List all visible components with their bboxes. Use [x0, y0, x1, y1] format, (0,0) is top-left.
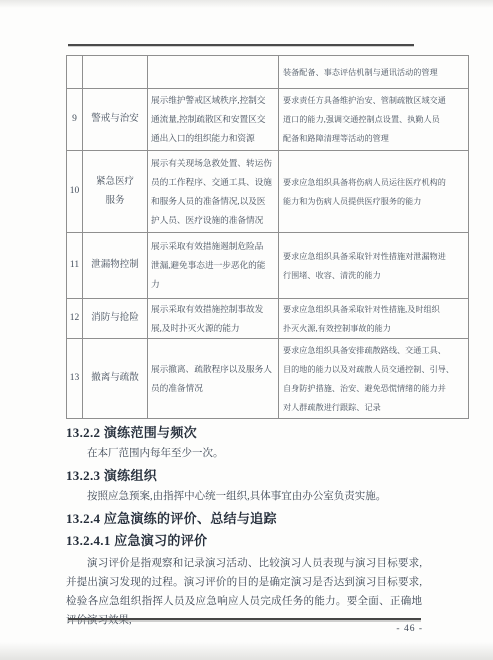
table-row: 13 撤离与疏散 展示撤离、疏散程序以及服务人 员的准备情况 要求应急组织具备安… — [67, 339, 469, 419]
item-name-cell: 撤离与疏散 — [83, 339, 148, 419]
row-number-cell: 13 — [67, 339, 83, 419]
table-row: 12 消防与抢险 展示采取有效措施控制事故发 展,及时扑灭火源的能力 要求应急组… — [67, 299, 469, 339]
row-number-cell: 9 — [67, 89, 83, 151]
requirement-cell: 要求应急组织具备采取针对性措施,及时组织 扑灭火源,有效控制事故的能力 — [279, 299, 469, 339]
scan-top-shade — [0, 0, 493, 8]
demonstration-cell: 展示采取有效措施遏制危险品 泄漏,避免事态进一步恶化的能 力 — [148, 233, 279, 299]
heading-13-2-4-1: 13.2.4.1 应急演习的评价 — [66, 532, 422, 549]
table-row: 9 警戒与治安 展示维护警戒区域秩序,控制交 通流量,控制疏散区和安置区交 通出… — [67, 89, 469, 151]
heading-13-2-3: 13.2.3 演练组织 — [66, 467, 422, 484]
item-name-cell: 泄漏物控制 — [83, 233, 148, 299]
drill-evaluation-table: 装备配备、事态评估机制与通讯活动的管理 9 警戒与治安 展示维护警戒区域秩序,控… — [66, 55, 469, 419]
requirement-cell: 要求应急组织具备将伤病人员运往医疗机构的 能力和为伤病人员提供医疗服务的能力 — [279, 151, 469, 233]
demonstration-cell: 展示维护警戒区域秩序,控制交 通流量,控制疏散区和安置区交 通出入口的组织能力和… — [148, 89, 279, 151]
paragraph-13-2-2: 在本厂范围内每年至少一次。 — [66, 446, 422, 461]
item-name-cell: 警戒与治安 — [83, 89, 148, 151]
heading-13-2-4: 13.2.4 应急演练的评价、总结与追踪 — [66, 510, 422, 527]
row-number-cell: 10 — [67, 151, 83, 233]
row-number-cell: 12 — [67, 299, 83, 339]
table-row: 10 紧急医疗 服务 展示有关现场急救处置、转运伤 员的工作程序、交通工具、设施… — [67, 151, 469, 233]
scan-bottom-shade — [0, 642, 493, 660]
table-row: 装备配备、事态评估机制与通讯活动的管理 — [67, 56, 469, 89]
footer-rule — [68, 618, 421, 620]
page-container: 装备配备、事态评估机制与通讯活动的管理 9 警戒与治安 展示维护警戒区域秩序,控… — [0, 0, 493, 660]
row-number-cell: 11 — [67, 233, 83, 299]
header-rule — [68, 44, 414, 46]
requirement-cell: 要求责任方具备维护治安、管制疏散区域交通 道口的能力,强调交通控制点设置、执勤人… — [279, 89, 469, 151]
requirement-cell: 装备配备、事态评估机制与通讯活动的管理 — [279, 56, 469, 89]
requirement-cell: 要求应急组织具备安排疏散路线、交通工具、 目的地的能力以及对疏散人员交通控制、引… — [279, 339, 469, 419]
item-name-cell: 紧急医疗 服务 — [83, 151, 148, 233]
page-number: - 46 - — [396, 624, 423, 634]
table-row: 11 泄漏物控制 展示采取有效措施遏制危险品 泄漏,避免事态进一步恶化的能 力 … — [67, 233, 469, 299]
row-number-cell — [67, 56, 83, 89]
demonstration-cell: 展示有关现场急救处置、转运伤 员的工作程序、交通工具、设施 和服务人员的准备情况… — [148, 151, 279, 233]
body-sections: 13.2.2 演练范围与频次 在本厂范围内每年至少一次。 13.2.3 演练组织… — [66, 424, 422, 630]
item-name-cell: 消防与抢险 — [83, 299, 148, 339]
paragraph-13-2-3: 按照应急预案,由指挥中心统一组织,具体事宜由办公室负责实施。 — [66, 489, 422, 504]
demonstration-cell: 展示采取有效措施控制事故发 展,及时扑灭火源的能力 — [148, 299, 279, 339]
heading-13-2-2: 13.2.2 演练范围与频次 — [66, 424, 422, 441]
demonstration-cell — [148, 56, 279, 89]
requirement-cell: 要求应急组织具备采取针对性措施对泄漏物进 行围堵、收容、清洗的能力 — [279, 233, 469, 299]
item-name-cell — [83, 56, 148, 89]
demonstration-cell: 展示撤离、疏散程序以及服务人 员的准备情况 — [148, 339, 279, 419]
